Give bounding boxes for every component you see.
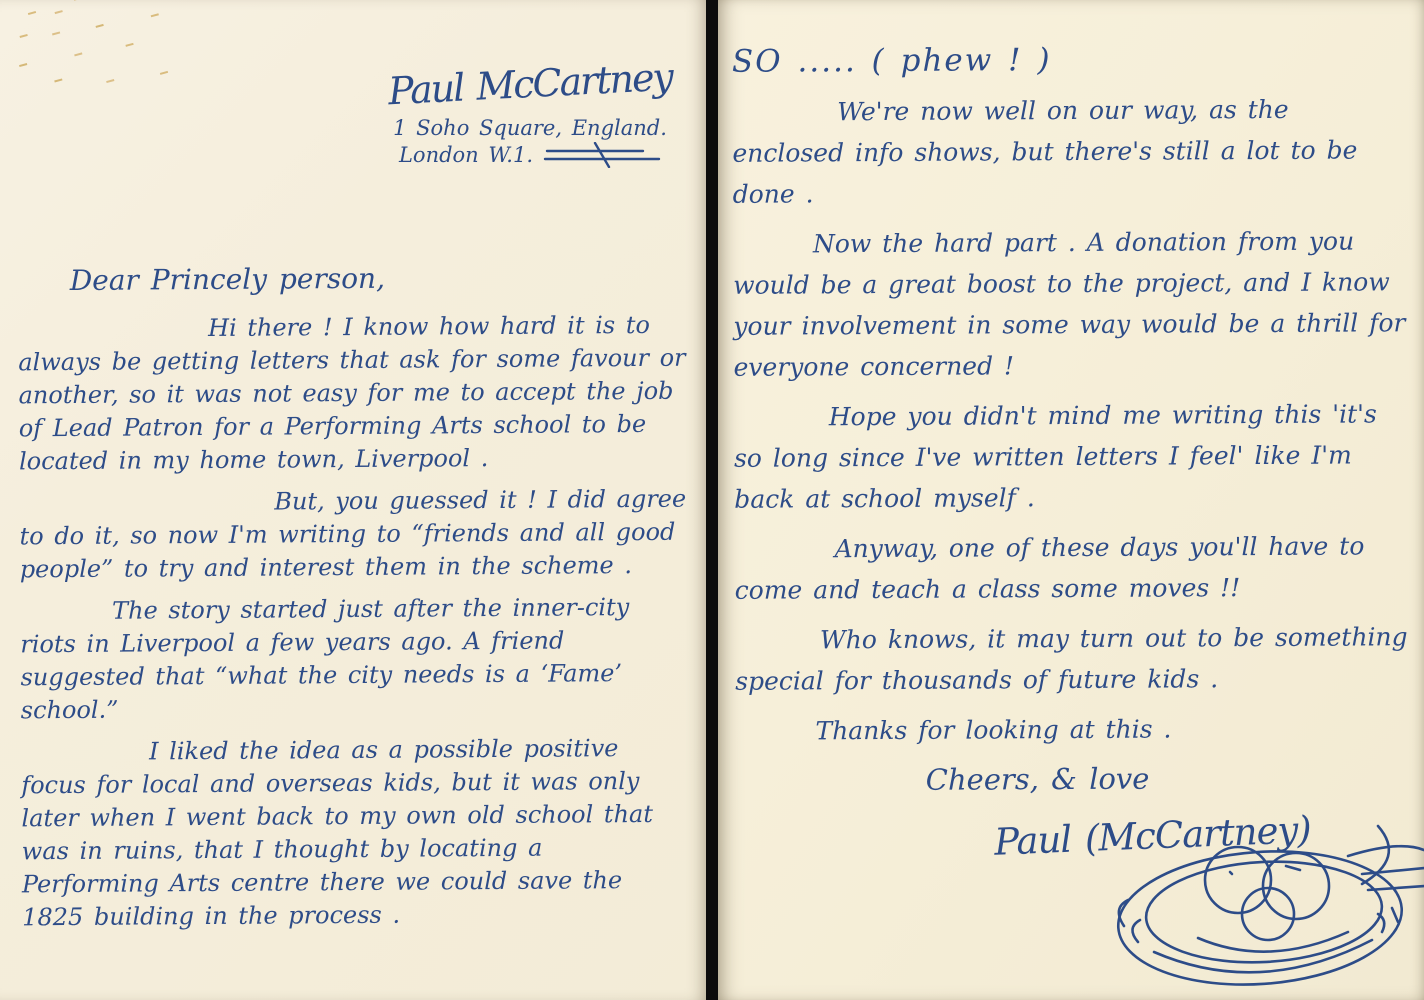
letterhead: Paul McCartney 1 Soho Square, England. L… — [360, 62, 700, 168]
page-divider — [706, 0, 718, 1000]
letterhead-address-line-2: London W.1. — [399, 143, 533, 167]
letter-page-left: Paul McCartney 1 Soho Square, England. L… — [0, 0, 706, 1000]
paragraph-2: But, you guessed it ! I did agree to do … — [19, 483, 688, 587]
letterhead-address-line-1: 1 Soho Square, England. — [360, 116, 700, 140]
salutation: Dear Princely person, — [70, 260, 686, 297]
paragraph-5: We're now well on our way, as the enclos… — [732, 88, 1411, 215]
letter-page-right: SO ..... ( phew ! ) We're now well on ou… — [718, 0, 1424, 1000]
letter-body-left: Dear Princely person, Hi there ! I know … — [18, 260, 691, 944]
paragraph-3: The story started just after the inner-c… — [20, 591, 689, 728]
foxing-speckles — [28, 11, 36, 15]
letter-body-right: SO ..... ( phew ! ) We're now well on ou… — [732, 38, 1414, 857]
paragraph-8: Anyway, one of these days you'll have to… — [734, 525, 1412, 611]
paragraph-1: Hi there ! I know how hard it is to alwa… — [18, 309, 687, 479]
opener-line: SO ..... ( phew ! ) — [732, 38, 1410, 83]
paragraph-4: I liked the idea as a possible positive … — [21, 732, 690, 935]
closing-line: Cheers, & love — [926, 757, 1414, 801]
face-doodle-icon — [1110, 822, 1424, 994]
underline-flourish-icon — [543, 142, 661, 168]
paragraph-10: Thanks for looking at this . — [735, 707, 1413, 752]
paragraph-9: Who knows, it may turn out to be somethi… — [735, 616, 1413, 702]
paragraph-7: Hope you didn't mind me writing this 'it… — [734, 393, 1413, 520]
letterhead-name: Paul McCartney — [359, 53, 701, 115]
paragraph-6: Now the hard part . A donation from you … — [733, 220, 1412, 388]
